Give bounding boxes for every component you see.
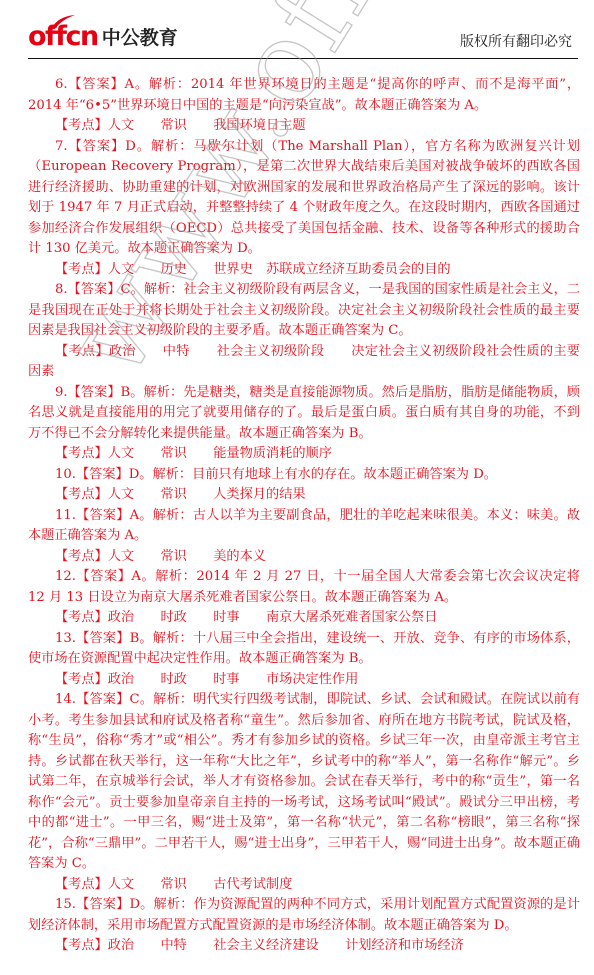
- kaodian-line: 【考点】人文 常识 我国环境日主题: [28, 116, 580, 137]
- question-number: 14.: [55, 692, 76, 707]
- question-number: 13.: [55, 631, 76, 646]
- answer-paragraph: 15.【答案】D。解析：作为资源配置的两种不同方式，采用计划配置方式配置资源的是…: [28, 895, 580, 936]
- answer-value: D。: [129, 897, 153, 912]
- kaodian-text: 政治 中特 社会主义经济建设 计划经济和市场经济: [108, 938, 464, 953]
- answer-value: D。: [129, 467, 153, 482]
- answer-paragraph: 10.【答案】D。解析：目前只有地球上有水的存在。故本题正确答案为 D。: [28, 465, 580, 486]
- kaodian-line: 【考点】政治 时政 时事 南京大屠杀死难者国家公祭日: [28, 608, 580, 629]
- kaodian-text: 人文 常识 我国环境日主题: [108, 118, 306, 133]
- kaodian-label: 【考点】: [55, 118, 108, 133]
- page-header: offcn 中公教育 版权所有翻印必究: [28, 18, 578, 59]
- answer-paragraph: 9.【答案】B。解析：先是糖类，糖类是直接能源物质。然后是脂肪，脂肪是储能物质，…: [28, 383, 580, 445]
- answer-item: 11.【答案】A。解析：古人以羊为主要副食品，肥壮的羊吃起来味很美。本义：味美。…: [28, 506, 580, 568]
- logo-swoosh-icon: [50, 14, 76, 30]
- answer-item: 7.【答案】D。解析：马歇尔计划（The Marshall Plan），官方名称…: [28, 137, 580, 281]
- answer-value: C。: [121, 282, 144, 297]
- answer-value: A。: [130, 508, 153, 523]
- answer-paragraph: 12.【答案】A。解析：2014 年 2 月 27 日，十一届全国人大常委会第七…: [28, 567, 580, 608]
- answer-paragraph: 8.【答案】C。解析：社会主义初级阶段有两层含义，一是我国的国家性质是社会主义，…: [28, 280, 580, 342]
- answer-item: 13.【答案】B。解析：十八届三中全会指出，建设统一、开放、竞争、有序的市场体系…: [28, 629, 580, 691]
- kaodian-text: 人文 历史 世界史 苏联成立经济互助委员会的目的: [108, 262, 451, 277]
- answer-label: 【答案】: [76, 897, 129, 912]
- kaodian-text: 政治 时政 时事 市场决定性作用: [108, 672, 359, 687]
- kaodian-line: 【考点】政治 中特 社会主义经济建设 计划经济和市场经济: [28, 936, 580, 957]
- logo-latin: offcn: [28, 22, 98, 52]
- question-number: 8.: [55, 282, 68, 297]
- explanation-text: 解析：明代实行四级考试制，即院试、乡试、会试和殿试。在院试以前有小考。考生参加县…: [28, 692, 580, 871]
- answer-item: 10.【答案】D。解析：目前只有地球上有水的存在。故本题正确答案为 D。 【考点…: [28, 465, 580, 506]
- answer-label: 【答案】: [76, 692, 130, 707]
- question-number: 6.: [55, 77, 68, 92]
- answer-value: A。: [131, 569, 155, 584]
- kaodian-label: 【考点】: [55, 938, 108, 953]
- answer-item: 12.【答案】A。解析：2014 年 2 月 27 日，十一届全国人大常委会第七…: [28, 567, 580, 629]
- question-number: 11.: [55, 508, 76, 523]
- answer-label: 【答案】: [76, 467, 129, 482]
- answer-paragraph: 7.【答案】D。解析：马歇尔计划（The Marshall Plan），官方名称…: [28, 137, 580, 260]
- logo-chinese: 中公教育: [102, 24, 178, 52]
- answer-value: B。: [121, 385, 144, 400]
- kaodian-line: 【考点】人文 常识 能量物质消耗的顺序: [28, 444, 580, 465]
- copyright-notice: 版权所有翻印必究: [460, 31, 572, 51]
- answer-paragraph: 14.【答案】C。解析：明代实行四级考试制，即院试、乡试、会试和殿试。在院试以前…: [28, 690, 580, 875]
- kaodian-line: 【考点】人文 常识 古代考试制度: [28, 875, 580, 896]
- answer-label: 【答案】: [68, 77, 125, 92]
- answer-value: C。: [130, 692, 154, 707]
- answer-label: 【答案】: [76, 508, 130, 523]
- answer-list: 6.【答案】A。解析：2014 年世界环境日的主题是“提高你的呼声、而不是海平面…: [28, 75, 580, 957]
- kaodian-line: 【考点】政治 中特 社会主义初级阶段 决定社会主义初级阶段社会性质的主要因素: [28, 342, 580, 383]
- answer-label: 【答案】: [68, 282, 121, 297]
- kaodian-line: 【考点】人文 常识 美的本义: [28, 547, 580, 568]
- kaodian-label: 【考点】: [55, 344, 109, 359]
- kaodian-label: 【考点】: [55, 877, 108, 892]
- answer-value: D。: [125, 139, 151, 154]
- question-number: 9.: [55, 385, 68, 400]
- answer-item: 8.【答案】C。解析：社会主义初级阶段有两层含义，一是我国的国家性质是社会主义，…: [28, 280, 580, 383]
- answer-label: 【答案】: [76, 569, 131, 584]
- answer-item: 14.【答案】C。解析：明代实行四级考试制，即院试、乡试、会试和殿试。在院试以前…: [28, 690, 580, 895]
- answer-paragraph: 13.【答案】B。解析：十八届三中全会指出，建设统一、开放、竞争、有序的市场体系…: [28, 629, 580, 670]
- kaodian-label: 【考点】: [55, 262, 108, 277]
- answer-item: 9.【答案】B。解析：先是糖类，糖类是直接能源物质。然后是脂肪，脂肪是储能物质，…: [28, 383, 580, 465]
- kaodian-label: 【考点】: [55, 549, 108, 564]
- kaodian-text: 政治 时政 时事 南京大屠杀死难者国家公祭日: [108, 610, 438, 625]
- answer-item: 6.【答案】A。解析：2014 年世界环境日的主题是“提高你的呼声、而不是海平面…: [28, 75, 580, 137]
- kaodian-line: 【考点】人文 常识 人类探月的结果: [28, 485, 580, 506]
- kaodian-text: 人文 常识 人类探月的结果: [108, 487, 306, 502]
- kaodian-label: 【考点】: [55, 610, 108, 625]
- offcn-logo: offcn 中公教育: [28, 22, 178, 52]
- kaodian-label: 【考点】: [55, 446, 108, 461]
- question-number: 10.: [55, 467, 76, 482]
- kaodian-line: 【考点】政治 时政 时事 市场决定性作用: [28, 670, 580, 691]
- answer-item: 15.【答案】D。解析：作为资源配置的两种不同方式，采用计划配置方式配置资源的是…: [28, 895, 580, 957]
- answer-paragraph: 6.【答案】A。解析：2014 年世界环境日的主题是“提高你的呼声、而不是海平面…: [28, 75, 580, 116]
- answer-value: A。: [124, 77, 148, 92]
- question-number: 12.: [55, 569, 76, 584]
- kaodian-label: 【考点】: [55, 672, 108, 687]
- kaodian-line: 【考点】人文 历史 世界史 苏联成立经济互助委员会的目的: [28, 260, 580, 281]
- explanation-text: 解析：目前只有地球上有水的存在。故本题正确答案为 D。: [153, 467, 497, 482]
- answer-label: 【答案】: [76, 631, 130, 646]
- question-number: 15.: [55, 897, 76, 912]
- answer-label: 【答案】: [68, 139, 126, 154]
- answer-label: 【答案】: [68, 385, 121, 400]
- kaodian-text: 人文 常识 古代考试制度: [108, 877, 293, 892]
- kaodian-text: 政治 中特 社会主义初级阶段 决定社会主义初级阶段社会性质的主要因素: [28, 344, 580, 380]
- kaodian-text: 人文 常识 美的本义: [108, 549, 266, 564]
- answer-value: B。: [130, 631, 153, 646]
- kaodian-text: 人文 常识 能量物质消耗的顺序: [108, 446, 332, 461]
- question-number: 7.: [55, 139, 68, 154]
- explanation-text: 解析：马歇尔计划（The Marshall Plan），官方名称为欧洲复兴计划（…: [28, 139, 580, 257]
- kaodian-label: 【考点】: [55, 487, 108, 502]
- answer-paragraph: 11.【答案】A。解析：古人以羊为主要副食品，肥壮的羊吃起来味很美。本义：味美。…: [28, 506, 580, 547]
